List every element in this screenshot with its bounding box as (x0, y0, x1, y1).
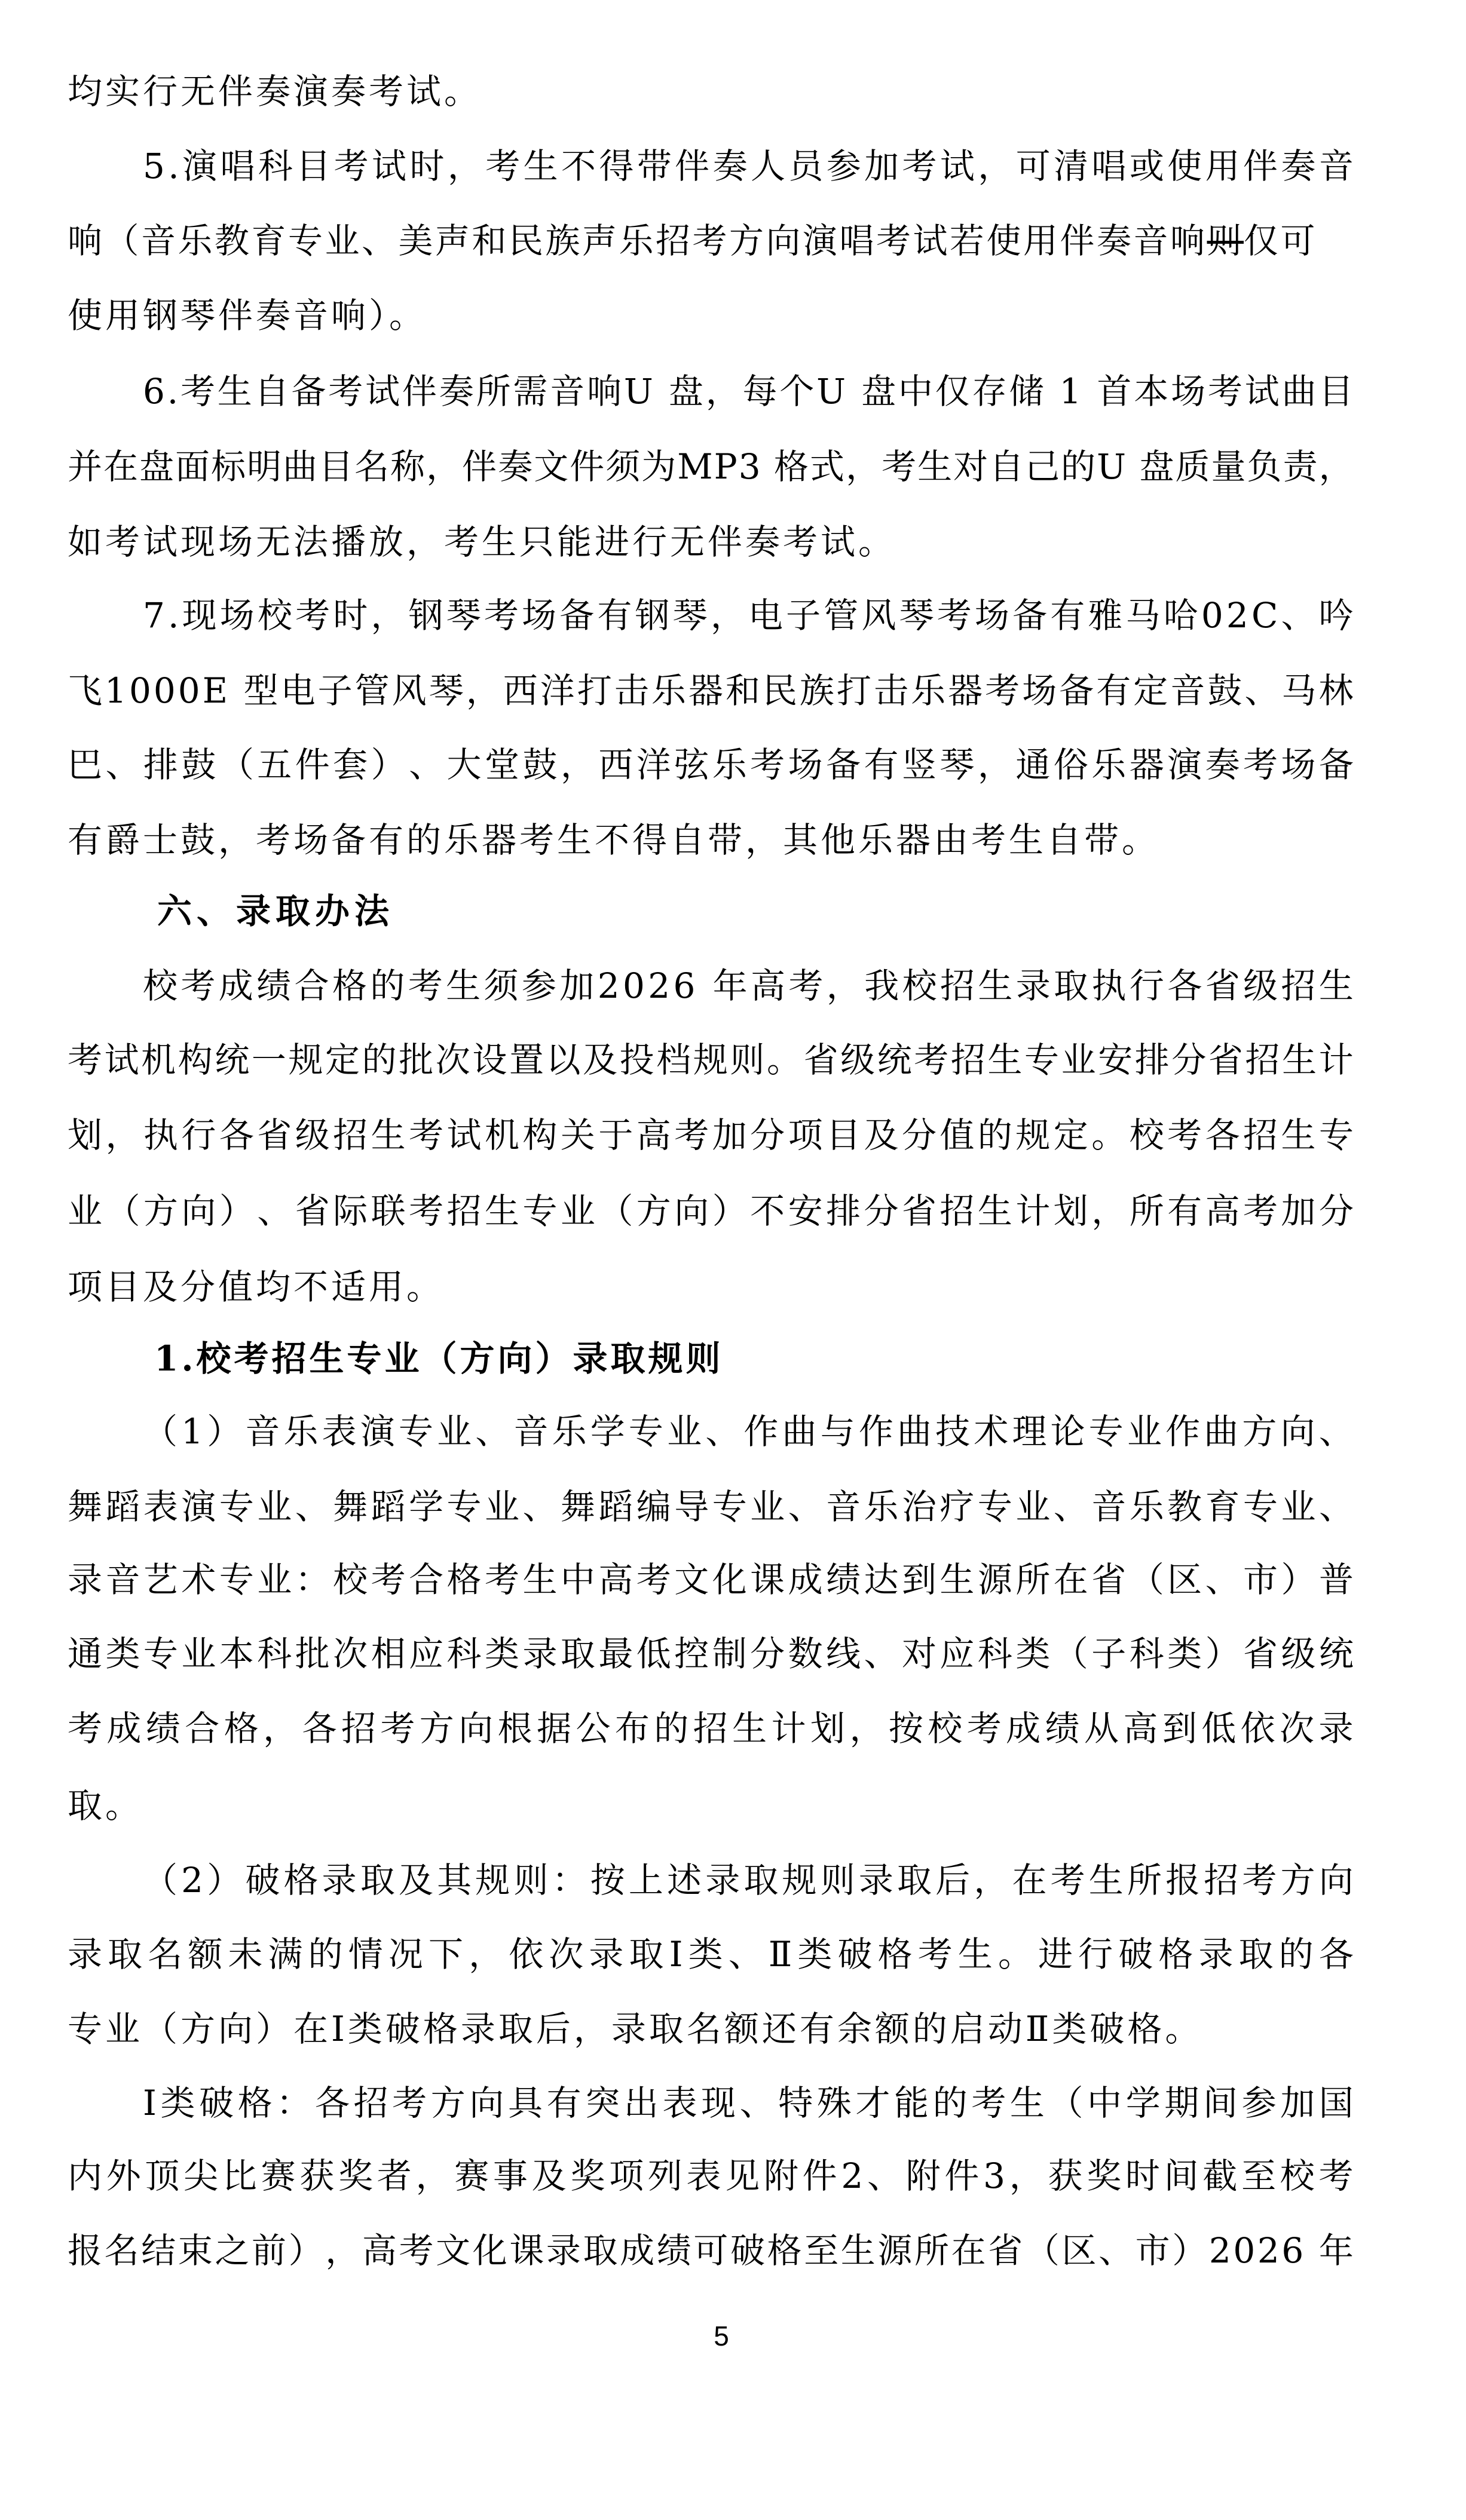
page-number: 5 (705, 2318, 737, 2354)
paragraph-item-6-line: 如考试现场无法播放，考生只能进行无伴奏考试。 (68, 505, 1354, 580)
paragraph-category-1-exception-line: 报名结束之前），高考文化课录取成绩可破格至生源所在省（区、市）2026 年 (68, 2214, 1354, 2288)
paragraph-rule-2-line: （2）破格录取及其规则：按上述录取规则录取后，在考生所报招考方向 (143, 1843, 1354, 1918)
paragraph-admission-intro-line: 业（方向）、省际联考招生专业（方向）不安排分省招生计划，所有高考加分 (68, 1174, 1354, 1249)
paragraph-category-1-exception-line: Ⅰ类破格：各招考方向具有突出表现、特殊才能的考生（中学期间参加国 (143, 2066, 1354, 2141)
paragraph-admission-intro-line: 项目及分值均不适用。 (68, 1250, 1354, 1325)
struck-through-char: 则 (1207, 220, 1244, 261)
paragraph-item-7-line: 7.现场校考时，钢琴考场备有钢琴，电子管风琴考场备有雅马哈02C、吟 (143, 578, 1354, 653)
text-run: 响（音乐教育专业、美声和民族声乐招考方向演唱考试若使用伴奏音响 (68, 220, 1207, 261)
paragraph-rule-1-line: 考成绩合格，各招考方向根据公布的招生计划，按校考成绩从高到低依次录 (68, 1691, 1354, 1766)
document-page: 均实行无伴奏演奏考试。 5.演唱科目考试时，考生不得带伴奏人员参加考试，可清唱或… (0, 0, 1466, 2520)
paragraph-item-5-line: 响（音乐教育专业、美声和民族声乐招考方向演唱考试若使用伴奏音响则仅可 (68, 204, 1354, 278)
paragraph-admission-intro-line: 考试机构统一规定的批次设置以及投档规则。省级统考招生专业安排分省招生计 (68, 1023, 1354, 1097)
paragraph-rule-1-line: 通类专业本科批次相应科类录取最低控制分数线、对应科类（子科类）省级统 (68, 1617, 1354, 1691)
paragraph-admission-intro-line: 划，执行各省级招生考试机构关于高考加分项目及分值的规定。校考各招生专 (68, 1098, 1354, 1173)
subsection-heading-admission-rules: 1.校考招生专业（方向）录取规则 (154, 1322, 724, 1396)
section-heading-admission-method: 六、录取办法 (157, 874, 394, 949)
paragraph-rule-1-line: （1）音乐表演专业、音乐学专业、作曲与作曲技术理论专业作曲方向、 (143, 1394, 1354, 1469)
paragraph-rule-2-line: 专业（方向）在Ⅰ类破格录取后，录取名额还有余额的启动Ⅱ类破格。 (68, 1992, 1354, 2067)
paragraph-category-1-exception-line: 内外顶尖比赛获奖者，赛事及奖项列表见附件2、附件3，获奖时间截至校考 (68, 2139, 1354, 2214)
paragraph-item-5-line: 5.演唱科目考试时，考生不得带伴奏人员参加考试，可清唱或使用伴奏音 (143, 129, 1354, 204)
paragraph-item-6-line: 6.考生自备考试伴奏所需音响U 盘，每个U 盘中仅存储 1 首本场考试曲目 (143, 354, 1354, 429)
paragraph-item-5-line: 使用钢琴伴奏音响）。 (68, 278, 1354, 353)
paragraph-rule-1-line: 舞蹈表演专业、舞蹈学专业、舞蹈编导专业、音乐治疗专业、音乐教育专业、 (68, 1470, 1354, 1544)
paragraph-item-7-line: 飞1000E 型电子管风琴，西洋打击乐器和民族打击乐器考场备有定音鼓、马林 (68, 654, 1354, 728)
paragraph-4-continuation: 均实行无伴奏演奏考试。 (68, 54, 1354, 129)
paragraph-rule-1-line: 录音艺术专业：校考合格考生中高考文化课成绩达到生源所在省（区、市）普 (68, 1543, 1354, 1617)
paragraph-rule-1-line: 取。 (68, 1768, 1354, 1843)
paragraph-rule-2-line: 录取名额未满的情况下，依次录取Ⅰ类、Ⅱ类破格考生。进行破格录取的各 (68, 1917, 1354, 1992)
paragraph-item-7-line: 巴、排鼓（五件套）、大堂鼓，西洋弦乐考场备有竖琴，通俗乐器演奏考场备 (68, 728, 1354, 802)
paragraph-item-6-line: 并在盘面标明曲目名称，伴奏文件须为MP3 格式，考生对自己的U 盘质量负责， (68, 430, 1354, 504)
text-run: 仅可 (1244, 220, 1317, 261)
paragraph-item-7-line: 有爵士鼓，考场备有的乐器考生不得自带，其他乐器由考生自带。 (68, 803, 1354, 878)
paragraph-admission-intro-line: 校考成绩合格的考生须参加2026 年高考，我校招生录取执行各省级招生 (143, 949, 1354, 1023)
